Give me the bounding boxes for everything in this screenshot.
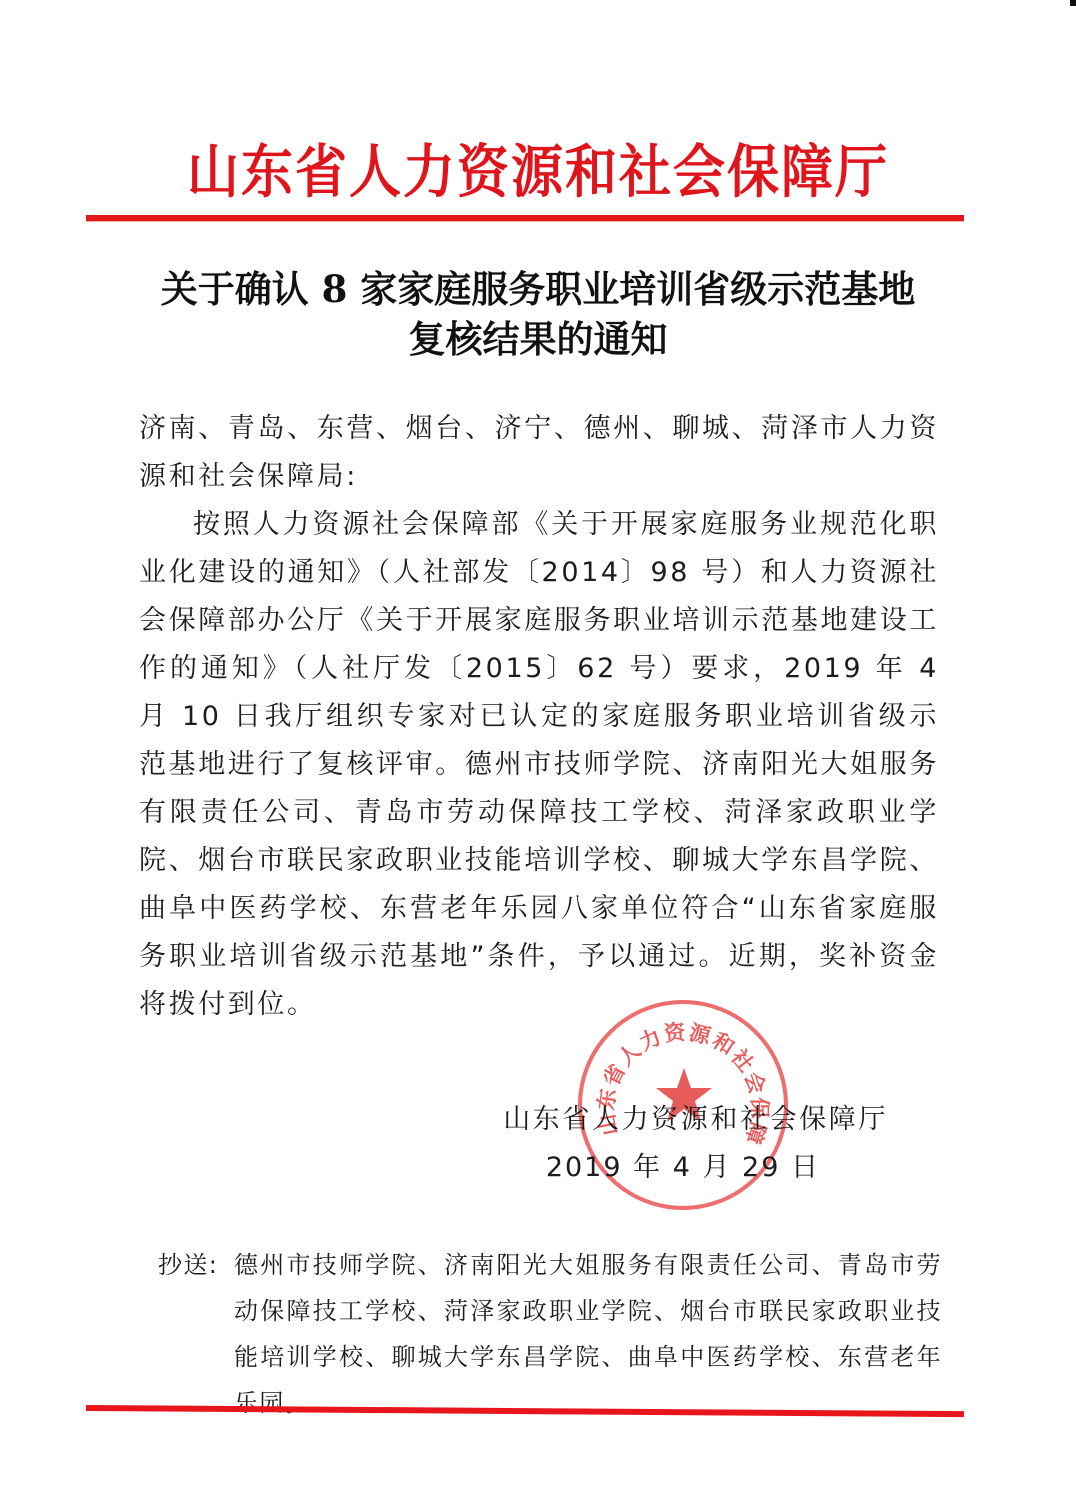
addressee: 济南、青岛、东营、烟台、济宁、德州、聊城、菏泽市人力资源和社会保障局: [139,405,939,501]
letterhead-red-rule [86,215,964,222]
scan-corner-mark [1070,0,1076,6]
cc-label: 抄送: [158,1242,218,1288]
body-paragraph: 按照人力资源社会保障部《关于开展家庭服务业规范化职业化建设的通知》（人社部发〔2… [139,501,939,1029]
letterhead-organization: 山东省人力资源和社会保障厅 [0,135,1076,212]
signature-date: 2019 年 4 月 29 日 [0,1144,820,1192]
cc-recipients: 德州市技师学院、济南阳光大姐服务有限责任公司、青岛市劳动保障技工学校、菏泽家政职… [234,1242,942,1426]
document-title-line-1: 关于确认 8 家家庭服务职业培训省级示范基地 [0,264,1076,314]
signature-organization: 山东省人力资源和社会保障厅 [0,1096,888,1144]
document-title-line-2: 复核结果的通知 [0,314,1076,364]
document-title: 关于确认 8 家家庭服务职业培训省级示范基地 复核结果的通知 [0,264,1076,364]
